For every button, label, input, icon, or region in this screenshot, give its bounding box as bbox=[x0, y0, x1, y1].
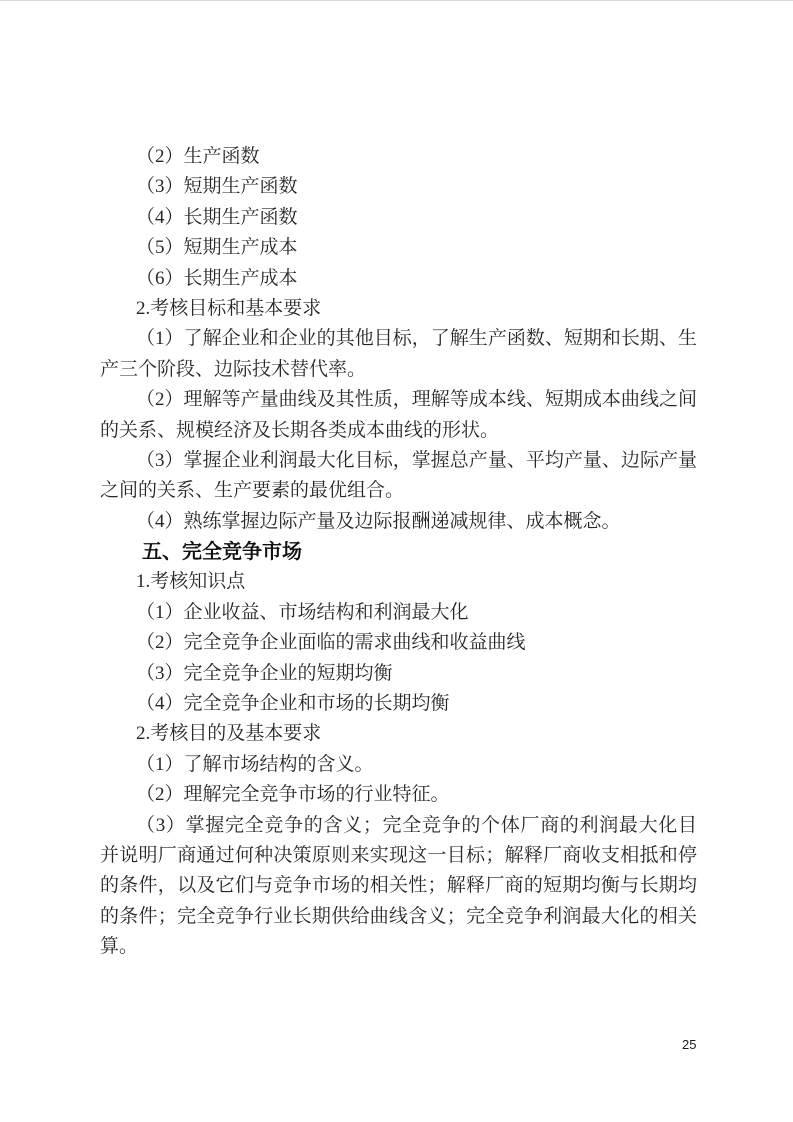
text-line: （5）短期生产成本 bbox=[100, 233, 697, 263]
text-line: 算。 bbox=[100, 932, 697, 962]
document-page: （2）生产函数（3）短期生产函数（4）长期生产函数（5）短期生产成本（6）长期生… bbox=[0, 0, 793, 1122]
text-line: 1.考核知识点 bbox=[100, 567, 697, 597]
text-line: （4）长期生产函数 bbox=[100, 203, 697, 233]
text-line: （4）完全竞争企业和市场的长期均衡 bbox=[100, 689, 697, 719]
text-line: （3）掌握企业利润最大化目标，掌握总产量、平均产量、边际产量 bbox=[100, 446, 697, 476]
text-line: （3）掌握完全竞争的含义；完全竞争的个体厂商的利润最大化目标， bbox=[100, 811, 697, 841]
text-line: （1）了解企业和企业的其他目标，了解生产函数、短期和长期、生 bbox=[100, 324, 697, 354]
text-line: （3）完全竞争企业的短期均衡 bbox=[100, 659, 697, 689]
text-line: （6）长期生产成本 bbox=[100, 264, 697, 294]
text-line: （4）熟练掌握边际产量及边际报酬递减规律、成本概念。 bbox=[100, 507, 697, 537]
text-line: 的关系、规模经济及长期各类成本曲线的形状。 bbox=[100, 416, 697, 446]
text-line: 的条件；完全竞争行业长期供给曲线含义；完全竞争利润最大化的相关计 bbox=[100, 902, 697, 932]
section-heading: 五、完全竞争市场 bbox=[100, 537, 697, 567]
text-line: （2）完全竞争企业面临的需求曲线和收益曲线 bbox=[100, 628, 697, 658]
text-line: 2.考核目标和基本要求 bbox=[100, 294, 697, 324]
page-number: 25 bbox=[682, 1037, 696, 1052]
text-line: （2）理解等产量曲线及其性质，理解等成本线、短期成本曲线之间 bbox=[100, 385, 697, 415]
text-line: 的条件，以及它们与竞争市场的相关性；解释厂商的短期均衡与长期均衡 bbox=[100, 871, 697, 901]
text-line: （1）企业收益、市场结构和利润最大化 bbox=[100, 598, 697, 628]
text-line: 2.考核目的及基本要求 bbox=[100, 719, 697, 749]
text-line: 并说明厂商通过何种决策原则来实现这一目标；解释厂商收支相抵和停业 bbox=[100, 841, 697, 871]
text-line: 产三个阶段、边际技术替代率。 bbox=[100, 355, 697, 385]
text-line: （2）理解完全竞争市场的行业特征。 bbox=[100, 780, 697, 810]
text-line: （3）短期生产函数 bbox=[100, 172, 697, 202]
text-line: 之间的关系、生产要素的最优组合。 bbox=[100, 476, 697, 506]
text-line: （1）了解市场结构的含义。 bbox=[100, 750, 697, 780]
document-body: （2）生产函数（3）短期生产函数（4）长期生产函数（5）短期生产成本（6）长期生… bbox=[100, 142, 697, 963]
text-line: （2）生产函数 bbox=[100, 142, 697, 172]
